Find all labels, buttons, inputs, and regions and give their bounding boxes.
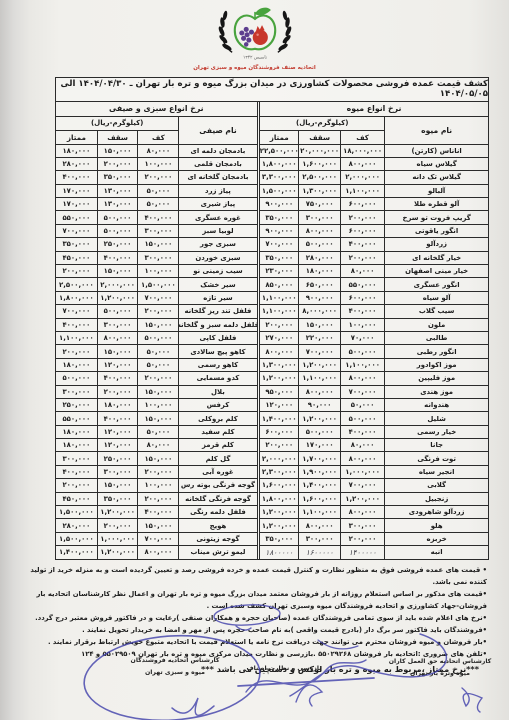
floor-price: ۶۰۰,۰۰۰ <box>340 197 384 210</box>
premium-price: ۹۰۰,۰۰۰ <box>260 224 298 237</box>
union-logo-icon: تاسیس ۱۳۴۲ <box>190 4 320 62</box>
item-name: انجیر سیاه <box>384 465 488 478</box>
item-name: گریپ فروت تو سرخ <box>384 210 488 223</box>
floor-price: ۱۸,۰۰۰,۰۰۰ <box>340 144 384 157</box>
note-line: •فروشندگان باید فاکتور سر برگ دار (بادرج… <box>18 624 487 636</box>
floor-price: ۱۵۰,۰۰۰ <box>137 518 178 531</box>
ceiling-price: ۱,۲۰۰,۰۰۰ <box>298 358 339 371</box>
premium-price: ۲,۳۰۰,۰۰۰ <box>260 465 298 478</box>
table-row: بادمجان دلمه ای ۸۰,۰۰۰ ۱۵۰,۰۰۰ ۱۸۰,۰۰۰ <box>56 144 257 157</box>
premium-price: ۱۸۰۰۰۰۰ <box>260 545 298 558</box>
table-row: کاهو پیچ سالادی ۵۰,۰۰۰ ۱۵۰,۰۰۰ ۲۰۰,۰۰۰ <box>56 344 257 357</box>
premium-price: ۱۸۰,۰۰۰ <box>56 438 97 451</box>
ceiling-price: ۱,۲۰۰,۰۰۰ <box>97 545 138 558</box>
premium-price: ۲۰۰,۰۰۰ <box>56 344 97 357</box>
ceiling-price: ۲,۵۰۰,۰۰۰ <box>298 170 339 183</box>
table-row: طالبی ۷۰,۰۰۰ ۲۲۰,۰۰۰ ۲۷۰,۰۰۰ <box>260 331 488 344</box>
table-row: زنجبیل ۱,۲۰۰,۰۰۰ ۱,۶۰۰,۰۰۰ ۱,۸۰۰,۰۰۰ <box>260 492 488 505</box>
item-name: کلم سفید <box>178 425 256 438</box>
floor-price: ۱,۱۰۰,۰۰۰ <box>340 358 384 371</box>
column-header-ceiling: سقف <box>298 130 339 144</box>
table-row: گل کلم ۱۵۰,۰۰۰ ۲۵۰,۰۰۰ ۳۰۰,۰۰۰ <box>56 451 257 464</box>
item-name: سیر خشک <box>178 277 256 290</box>
floor-price: ۸۰۰,۰۰۰ <box>340 157 384 170</box>
table-row: کرفس ۱۰۰,۰۰۰ ۱۸۰,۰۰۰ ۲۵۰,۰۰۰ <box>56 398 257 411</box>
table-row: انگور عسگری ۵۵۰,۰۰۰ ۶۵۰,۰۰۰ ۸۵۰,۰۰۰ <box>260 277 488 290</box>
premium-price: ۱,۵۰۰,۰۰۰ <box>260 184 298 197</box>
item-name: کاهو رسمی <box>178 358 256 371</box>
ceiling-price: ۱,۷۰۰,۰۰۰ <box>298 451 339 464</box>
premium-price: ۱۷۰,۰۰۰ <box>56 197 97 210</box>
ceiling-price: ۲۰۰,۰۰۰ <box>97 385 138 398</box>
column-header-premium: ممتاز <box>260 130 298 144</box>
ceiling-price: ۱۷۰,۰۰۰ <box>298 438 339 451</box>
fruit-unit-label: (کیلوگرم-ریال) <box>260 117 384 130</box>
ceiling-price: ۱۵۰,۰۰۰ <box>97 478 138 491</box>
item-name: موز هندی <box>384 385 488 398</box>
ceiling-price: ۷۰۰,۰۰۰ <box>298 344 339 357</box>
ceiling-price: ۲۵۰,۰۰۰ <box>97 451 138 464</box>
floor-price: ۸۰۰,۰۰۰ <box>340 451 384 464</box>
premium-price: ۱,۱۰۰,۰۰۰ <box>56 331 97 344</box>
ceiling-price: ۱,۶۰۰,۰۰۰ <box>298 157 339 170</box>
item-name: سیر تازه <box>178 291 256 304</box>
ceiling-price: ۱,۹۰۰,۰۰۰ <box>298 465 339 478</box>
table-row: سبزی جور ۱۵۰,۰۰۰ ۲۵۰,۰۰۰ ۳۵۰,۰۰۰ <box>56 237 257 250</box>
premium-price: ۱,۸۰۰,۰۰۰ <box>56 291 97 304</box>
table-row: آلو سیاه ۶۰۰,۰۰۰ ۹۰۰,۰۰۰ ۱,۱۰۰,۰۰۰ <box>260 291 488 304</box>
floor-price: ۷۰,۰۰۰ <box>340 331 384 344</box>
item-name: موز فلیپین <box>384 371 488 384</box>
item-name: گلابی <box>384 478 488 491</box>
floor-price: ۲۰۰,۰۰۰ <box>340 251 384 264</box>
item-name: گوجه فرنگی گلخانه <box>178 492 256 505</box>
premium-price: ۲,۵۰۰,۰۰۰ <box>56 277 97 290</box>
floor-price: ۸۰۰,۰۰۰ <box>340 371 384 384</box>
veg-table-header: نام صیفی (کیلوگرم-ریال) کف سقف ممتاز <box>56 117 257 144</box>
veg-section-title: نرخ انواع سبزی و صیفی <box>56 102 257 117</box>
table-row: لوبیا سبز ۳۰۰,۰۰۰ ۵۰۰,۰۰۰ ۷۰۰,۰۰۰ <box>56 224 257 237</box>
premium-price: ۵۰۰,۰۰۰ <box>56 371 97 384</box>
item-name: سبزی خوردن <box>178 251 256 264</box>
premium-price: ۱۸۰,۰۰۰ <box>56 425 97 438</box>
floor-price: ۱۰۰,۰۰۰ <box>137 478 178 491</box>
floor-price: ۱,۰۰۰,۰۰۰ <box>340 465 384 478</box>
table-row: فلفل دلمه سبز و گلخانه ۱۵۰,۰۰۰ ۳۰۰,۰۰۰ ۴… <box>56 318 257 331</box>
floor-price: ۵۰۰,۰۰۰ <box>340 344 384 357</box>
floor-price: ۲,۰۰۰,۰۰۰ <box>340 170 384 183</box>
table-row: گیلاس سیاه ۸۰۰,۰۰۰ ۱,۶۰۰,۰۰۰ ۱,۸۰۰,۰۰۰ <box>260 157 488 170</box>
item-name: هندوانه <box>384 398 488 411</box>
fruit-table-header: نام میوه (کیلوگرم-ریال) کف سقف ممتاز <box>260 117 488 144</box>
floor-price: ۲۰۰,۰۰۰ <box>137 492 178 505</box>
item-name: هلو <box>384 518 488 531</box>
premium-price: ۳۰۰,۰۰۰ <box>56 385 97 398</box>
ceiling-price: ۵۰۰,۰۰۰ <box>97 304 138 317</box>
table-row: هویج ۱۵۰,۰۰۰ ۲۰۰,۰۰۰ ۲۸۰,۰۰۰ <box>56 518 257 531</box>
notes-list: • قیمت های عمده فروشی فوق به منظور نظارت… <box>18 564 487 661</box>
ceiling-price: ۸۰۰,۰۰۰ <box>97 331 138 344</box>
item-name: خیار گلخانه ای <box>384 251 488 264</box>
premium-price: ۱,۲۰۰,۰۰۰ <box>260 371 298 384</box>
note-line: •قیمت های مذکور بر اساس استعلام روزانه ا… <box>18 588 487 612</box>
table-row: توت فرنگی ۸۰۰,۰۰۰ ۱,۷۰۰,۰۰۰ ۲,۰۰۰,۰۰۰ <box>260 451 488 464</box>
floor-price: ۸۰,۰۰۰ <box>340 438 384 451</box>
table-row: سبزی خوردن ۳۰۰,۰۰۰ ۴۰۰,۰۰۰ ۴۵۰,۰۰۰ <box>56 251 257 264</box>
item-name: فلفل دلمه رنگی <box>178 505 256 518</box>
item-name: آلبالو <box>384 184 488 197</box>
ceiling-price: ۷۵۰,۰۰۰ <box>298 197 339 210</box>
table-row: خیار گلخانه ای ۲۰۰,۰۰۰ ۲۸۰,۰۰۰ ۳۵۰,۰۰۰ <box>260 251 488 264</box>
signature-left-label: کارشناس اتحادیه فروشندگان میوه و سبزی ته… <box>110 655 240 679</box>
premium-price: ۲۰۰,۰۰۰ <box>260 318 298 331</box>
floor-price: ۱۰۰,۰۰۰ <box>340 318 384 331</box>
premium-price: ۱,۳۰۰,۰۰۰ <box>260 358 298 371</box>
floor-price: ۸۰,۰۰۰ <box>137 144 178 157</box>
floor-price: ۵۰,۰۰۰ <box>137 184 178 197</box>
ceiling-price: ۴۰۰,۰۰۰ <box>97 371 138 384</box>
item-name: انبه <box>384 545 488 558</box>
premium-price: ۲۰۰,۰۰۰ <box>56 478 97 491</box>
table-row: پیاز زرد ۵۰,۰۰۰ ۱۳۰,۰۰۰ ۱۷۰,۰۰۰ <box>56 184 257 197</box>
table-row: گریپ فروت تو سرخ ۲۰۰,۰۰۰ ۳۰۰,۰۰۰ ۳۵۰,۰۰۰ <box>260 210 488 223</box>
floor-price: ۸۰,۰۰۰ <box>340 264 384 277</box>
premium-price: ۱,۲۰۰,۰۰۰ <box>260 505 298 518</box>
table-row: بلال ۱۵۰,۰۰۰ ۲۰۰,۰۰۰ ۳۰۰,۰۰۰ <box>56 385 257 398</box>
table-row: اناناس (کارتن) ۱۸,۰۰۰,۰۰۰ ۲۰,۰۰۰,۰۰۰ ۲۲,… <box>260 144 488 157</box>
floor-price: ۷۰۰,۰۰۰ <box>340 385 384 398</box>
premium-price: ۱,۵۰۰,۰۰۰ <box>56 532 97 545</box>
logo-established-year: تاسیس ۱۳۴۲ <box>243 55 268 60</box>
floor-price: ۶۰۰,۰۰۰ <box>340 224 384 237</box>
ceiling-price: ۸,۰۰۰,۰۰۰ <box>298 304 339 317</box>
premium-price: ۱,۸۰۰,۰۰۰ <box>260 492 298 505</box>
premium-price: ۶۰۰,۰۰۰ <box>260 425 298 438</box>
table-row: بادمجان قلمی ۱۰۰,۰۰۰ ۲۰۰,۰۰۰ ۲۸۰,۰۰۰ <box>56 157 257 170</box>
column-header-premium: ممتاز <box>56 130 97 144</box>
table-row: کدو مسمایی ۲۰۰,۰۰۰ ۴۰۰,۰۰۰ ۵۰۰,۰۰۰ <box>56 371 257 384</box>
premium-price: ۳۵۰,۰۰۰ <box>260 532 298 545</box>
table-row: آلبالو ۱,۱۰۰,۰۰۰ ۱,۳۰۰,۰۰۰ ۱,۵۰۰,۰۰۰ <box>260 184 488 197</box>
table-row: لیمو ترش میناب ۸۰۰,۰۰۰ ۱,۲۰۰,۰۰۰ ۱,۴۰۰,۰… <box>56 545 257 558</box>
ceiling-price: ۱,۱۰۰,۰۰۰ <box>298 505 339 518</box>
floor-price: ۵۰۰,۰۰۰ <box>340 411 384 424</box>
ceiling-price: ۳۵۰,۰۰۰ <box>97 170 138 183</box>
floor-price: ۱۰۰,۰۰۰ <box>137 398 178 411</box>
premium-price: ۲۷۰,۰۰۰ <box>260 331 298 344</box>
ceiling-price: ۱۵۰,۰۰۰ <box>97 344 138 357</box>
premium-price: ۱۸۰,۰۰۰ <box>56 358 97 371</box>
table-row: گیلاس تک دانه ۲,۰۰۰,۰۰۰ ۲,۵۰۰,۰۰۰ ۳,۳۰۰,… <box>260 170 488 183</box>
premium-price: ۴۰۰,۰۰۰ <box>56 318 97 331</box>
table-row: زردآلو شاهرودی ۸۰۰,۰۰۰ ۱,۱۰۰,۰۰۰ ۱,۲۰۰,۰… <box>260 505 488 518</box>
item-name: انگور عسگری <box>384 277 488 290</box>
ceiling-price: ۸۰۰,۰۰۰ <box>298 518 339 531</box>
ceiling-price: ۱۸۰,۰۰۰ <box>97 398 138 411</box>
ceiling-price: ۱,۲۰۰,۰۰۰ <box>298 411 339 424</box>
note-line: •نرخ های اعلام شده باید از سوی تمامی فرو… <box>18 612 487 624</box>
item-name: فلفل دلمه سبز و گلخانه <box>178 318 256 331</box>
premium-price: ۸۰۰,۰۰۰ <box>260 344 298 357</box>
item-name: زردآلو <box>384 237 488 250</box>
item-name: پیاز شیری <box>178 197 256 210</box>
premium-price: ۱,۴۰۰,۰۰۰ <box>260 411 298 424</box>
table-row: کلم سفید ۵۰,۰۰۰ ۱۲۰,۰۰۰ ۱۸۰,۰۰۰ <box>56 425 257 438</box>
ceiling-price: ۱,۶۰۰,۰۰۰ <box>298 492 339 505</box>
premium-price: ۴۵۰,۰۰۰ <box>56 492 97 505</box>
table-row: سیب زمینی نو ۱۰۰,۰۰۰ ۱۵۰,۰۰۰ ۲۰۰,۰۰۰ <box>56 264 257 277</box>
ceiling-price: ۱۵۰,۰۰۰ <box>97 264 138 277</box>
floor-price: ۱۵۰,۰۰۰ <box>137 385 178 398</box>
ceiling-price: ۲۰۰,۰۰۰ <box>97 157 138 170</box>
ceiling-price: ۵۰۰,۰۰۰ <box>298 425 339 438</box>
floor-price: ۲۰۰,۰۰۰ <box>137 371 178 384</box>
floor-price: ۳۰۰,۰۰۰ <box>137 251 178 264</box>
floor-price: ۱,۲۰۰,۰۰۰ <box>340 492 384 505</box>
item-name: غوره عسگری <box>178 210 256 223</box>
table-row: خیار مینی اصفهان ۸۰,۰۰۰ ۱۸۰,۰۰۰ ۲۳۰,۰۰۰ <box>260 264 488 277</box>
table-row: گلابی ۷۰۰,۰۰۰ ۱,۴۰۰,۰۰۰ ۱,۶۰۰,۰۰۰ <box>260 478 488 491</box>
item-name: کاهو پیچ سالادی <box>178 344 256 357</box>
item-name: کلم بروکلی <box>178 411 256 424</box>
table-row: کلم قرمز ۸۰,۰۰۰ ۱۲۰,۰۰۰ ۱۸۰,۰۰۰ <box>56 438 257 451</box>
floor-price: ۸۰۰,۰۰۰ <box>340 505 384 518</box>
premium-price: ۱۸۰,۰۰۰ <box>56 144 97 157</box>
premium-price: ۲۵۰,۰۰۰ <box>56 398 97 411</box>
floor-price: ۱۵۰,۰۰۰ <box>137 451 178 464</box>
floor-price: ۵۰,۰۰۰ <box>137 344 178 357</box>
premium-price: ۲۲,۵۰۰,۰۰۰ <box>260 144 298 157</box>
premium-price: ۲۰۰,۰۰۰ <box>260 438 298 451</box>
ceiling-price: ۳۰۰,۰۰۰ <box>97 318 138 331</box>
grapes-icon <box>239 27 254 47</box>
fruit-section-title: نرخ انواع میوه <box>260 102 488 117</box>
ceiling-price: ۱۲۰,۰۰۰ <box>97 358 138 371</box>
premium-price: ۴۵۰,۰۰۰ <box>56 251 97 264</box>
item-name: گل کلم <box>178 451 256 464</box>
table-row: آلو قطره طلا ۶۰۰,۰۰۰ ۷۵۰,۰۰۰ ۹۰۰,۰۰۰ <box>260 197 488 210</box>
floor-price: ۵۰۰,۰۰۰ <box>137 331 178 344</box>
premium-price: ۲۳۰,۰۰۰ <box>260 264 298 277</box>
ceiling-price: ۳۰۰,۰۰۰ <box>97 465 138 478</box>
fruit-table-body: اناناس (کارتن) ۱۸,۰۰۰,۰۰۰ ۲۰,۰۰۰,۰۰۰ ۲۲,… <box>260 144 488 559</box>
ceiling-price: ۸۰۰,۰۰۰ <box>298 224 339 237</box>
table-row: فلفل تند ریز گلخانه ۲۰۰,۰۰۰ ۵۰۰,۰۰۰ ۷۰۰,… <box>56 304 257 317</box>
item-name: خربزه <box>384 532 488 545</box>
item-name: گیلاس سیاه <box>384 157 488 170</box>
table-row: غوره آبی ۲۰۰,۰۰۰ ۳۰۰,۰۰۰ ۴۰۰,۰۰۰ <box>56 465 257 478</box>
table-row: پیاز شیری ۵۰,۰۰۰ ۱۳۰,۰۰۰ ۱۷۰,۰۰۰ <box>56 197 257 210</box>
ceiling-price: ۱۵۰,۰۰۰ <box>97 144 138 157</box>
premium-price: ۸۵۰,۰۰۰ <box>260 277 298 290</box>
ceiling-price: ۱,۰۰۰,۰۰۰ <box>97 532 138 545</box>
ceiling-price: ۱۶۰۰۰۰۰ <box>298 545 339 558</box>
floor-price: ۴۰۰,۰۰۰ <box>137 210 178 223</box>
ceiling-price: ۲,۰۰۰,۰۰۰ <box>97 277 138 290</box>
ceiling-price: ۳۰۰,۰۰۰ <box>298 210 339 223</box>
item-name: غوره آبی <box>178 465 256 478</box>
premium-price: ۴۰۰,۰۰۰ <box>56 170 97 183</box>
floor-price: ۲۰۰,۰۰۰ <box>340 210 384 223</box>
floor-price: ۲۰۰,۰۰۰ <box>137 465 178 478</box>
item-name: پیاز زرد <box>178 184 256 197</box>
floor-price: ۴۰۰,۰۰۰ <box>340 304 384 317</box>
table-row: گوجه زیتونی ۷۰۰,۰۰۰ ۱,۰۰۰,۰۰۰ ۱,۵۰۰,۰۰۰ <box>56 532 257 545</box>
premium-price: ۱۲۰,۰۰۰ <box>260 398 298 411</box>
table-row: شلیل ۵۰۰,۰۰۰ ۱,۲۰۰,۰۰۰ ۱,۴۰۰,۰۰۰ <box>260 411 488 424</box>
item-name: توت فرنگی <box>384 451 488 464</box>
ceiling-price: ۲۰,۰۰۰,۰۰۰ <box>298 144 339 157</box>
premium-price: ۱,۵۰۰,۰۰۰ <box>56 505 97 518</box>
ceiling-price: ۵۰۰,۰۰۰ <box>97 210 138 223</box>
ceiling-price: ۱,۲۰۰,۰۰۰ <box>97 505 138 518</box>
floor-price: ۴۰۰,۰۰۰ <box>340 237 384 250</box>
premium-price: ۳۵۰,۰۰۰ <box>260 251 298 264</box>
floor-price: ۱,۵۰۰,۰۰۰ <box>137 277 178 290</box>
ceiling-price: ۱,۲۰۰,۰۰۰ <box>97 291 138 304</box>
item-name: سبزی جور <box>178 237 256 250</box>
item-name: بلال <box>178 385 256 398</box>
ceiling-price: ۱۸۰,۰۰۰ <box>298 264 339 277</box>
item-name: سیب زمینی نو <box>178 264 256 277</box>
floor-price: ۵۰,۰۰۰ <box>137 425 178 438</box>
floor-price: ۸۰,۰۰۰ <box>137 438 178 451</box>
premium-price: ۷۰۰,۰۰۰ <box>260 237 298 250</box>
item-name: هویج <box>178 518 256 531</box>
fruit-name-header: نام میوه <box>384 117 488 144</box>
document-title: کشف قیمت عمده فروشی محصولات کشاورزی در م… <box>55 77 489 102</box>
floor-price: ۳۰۰,۰۰۰ <box>340 518 384 531</box>
item-name: اناناس (کارتن) <box>384 144 488 157</box>
item-name: موز اکوادور <box>384 358 488 371</box>
item-name: کرفس <box>178 398 256 411</box>
table-row: سیر تازه ۷۰۰,۰۰۰ ۱,۲۰۰,۰۰۰ ۱,۸۰۰,۰۰۰ <box>56 291 257 304</box>
ceiling-price: ۱,۳۰۰,۰۰۰ <box>298 184 339 197</box>
premium-price: ۲۸۰,۰۰۰ <box>56 157 97 170</box>
item-name: بادمجان گلخانه ای <box>178 170 256 183</box>
floor-price: ۲۰۰,۰۰۰ <box>137 170 178 183</box>
ceiling-price: ۳۰۰,۰۰۰ <box>298 532 339 545</box>
note-line: •بار فروشان و میوه فروشان محترم می توانن… <box>18 636 487 648</box>
note-line: • قیمت های عمده فروشی فوق به منظور نظارت… <box>18 564 487 588</box>
ceiling-price: ۸۰۰,۰۰۰ <box>298 385 339 398</box>
floor-price: ۱۵۰,۰۰۰ <box>137 411 178 424</box>
premium-price: ۴۰۰,۰۰۰ <box>56 465 97 478</box>
item-name: انگور رطبی <box>384 344 488 357</box>
item-name: زنجبیل <box>384 492 488 505</box>
premium-price: ۷۰۰,۰۰۰ <box>56 304 97 317</box>
ceiling-price: ۹۰,۰۰۰ <box>298 398 339 411</box>
ceiling-price: ۶۵۰,۰۰۰ <box>298 277 339 290</box>
floor-price: ۵۰,۰۰۰ <box>137 197 178 210</box>
floor-price: ۱۰۰,۰۰۰ <box>137 157 178 170</box>
ceiling-price: ۴۰۰,۰۰۰ <box>97 251 138 264</box>
item-name: گیلاس تک دانه <box>384 170 488 183</box>
veg-table-body: بادمجان دلمه ای ۸۰,۰۰۰ ۱۵۰,۰۰۰ ۱۸۰,۰۰۰ ب… <box>56 144 257 559</box>
apple-icon <box>234 8 274 50</box>
document-page: تاسیس ۱۳۴۲ اتحادیه صنف فروشندگان میوه و … <box>0 0 509 720</box>
premium-price: ۳۵۰,۰۰۰ <box>56 237 97 250</box>
column-header-floor: کف <box>340 130 384 144</box>
item-name: طالبی <box>384 331 488 344</box>
premium-price: ۳۰۰,۰۰۰ <box>56 451 97 464</box>
item-name: فلفل تند ریز گلخانه <box>178 304 256 317</box>
column-header-floor: کف <box>137 130 178 144</box>
table-row: خربزه ۲۰۰,۰۰۰ ۳۰۰,۰۰۰ ۳۵۰,۰۰۰ <box>260 532 488 545</box>
premium-price: ۳۵۰,۰۰۰ <box>260 210 298 223</box>
table-row: موز فلیپین ۸۰۰,۰۰۰ ۱,۱۰۰,۰۰۰ ۱,۲۰۰,۰۰۰ <box>260 371 488 384</box>
column-header-ceiling: سقف <box>97 130 138 144</box>
floor-price: ۳۰۰,۰۰۰ <box>137 224 178 237</box>
floor-price: ۶۰۰,۰۰۰ <box>340 291 384 304</box>
pomegranate-icon <box>252 25 267 45</box>
table-row: کاهو رسمی ۵۰,۰۰۰ ۱۲۰,۰۰۰ ۱۸۰,۰۰۰ <box>56 358 257 371</box>
premium-price: ۳,۳۰۰,۰۰۰ <box>260 170 298 183</box>
item-name: لوبیا سبز <box>178 224 256 237</box>
item-name: فلفل کاپی <box>178 331 256 344</box>
veg-unit-label: (کیلوگرم-ریال) <box>56 117 178 130</box>
table-row: جانا ۸۰,۰۰۰ ۱۷۰,۰۰۰ ۲۰۰,۰۰۰ <box>260 438 488 451</box>
item-name: خیار مینی اصفهان <box>384 264 488 277</box>
floor-price: ۷۰۰,۰۰۰ <box>137 291 178 304</box>
item-name: کدو مسمایی <box>178 371 256 384</box>
table-row: زردآلو ۴۰۰,۰۰۰ ۵۰۰,۰۰۰ ۷۰۰,۰۰۰ <box>260 237 488 250</box>
ceiling-price: ۱,۴۰۰,۰۰۰ <box>298 478 339 491</box>
table-row: موز هندی ۷۰۰,۰۰۰ ۸۰۰,۰۰۰ ۹۵۰,۰۰۰ <box>260 385 488 398</box>
item-name: ملون <box>384 318 488 331</box>
premium-price: ۵۵۰,۰۰۰ <box>56 411 97 424</box>
item-name: انگور یاقوتی <box>384 224 488 237</box>
table-row: انگور یاقوتی ۶۰۰,۰۰۰ ۸۰۰,۰۰۰ ۹۰۰,۰۰۰ <box>260 224 488 237</box>
floor-price: ۴۰۰,۰۰۰ <box>137 505 178 518</box>
table-row: هندوانه ۵۰,۰۰۰ ۹۰,۰۰۰ ۱۲۰,۰۰۰ <box>260 398 488 411</box>
premium-price: ۱,۱۰۰,۰۰۰ <box>260 291 298 304</box>
table-row: گوجه فرنگی گلخانه ۲۰۰,۰۰۰ ۳۵۰,۰۰۰ ۴۵۰,۰۰… <box>56 492 257 505</box>
table-row: ملون ۱۰۰,۰۰۰ ۱۵۰,۰۰۰ ۲۰۰,۰۰۰ <box>260 318 488 331</box>
table-row: غوره عسگری ۴۰۰,۰۰۰ ۵۰۰,۰۰۰ ۵۵۰,۰۰۰ <box>56 210 257 223</box>
item-name: زردآلو شاهرودی <box>384 505 488 518</box>
table-row: هلو ۳۰۰,۰۰۰ ۸۰۰,۰۰۰ ۱,۲۰۰,۰۰۰ <box>260 518 488 531</box>
floor-price: ۲۰۰,۰۰۰ <box>340 532 384 545</box>
floor-price: ۲۰۰,۰۰۰ <box>137 304 178 317</box>
ceiling-price: ۱,۱۰۰,۰۰۰ <box>298 371 339 384</box>
item-name: خیار رسمی <box>384 425 488 438</box>
premium-price: ۲۰۰,۰۰۰ <box>56 264 97 277</box>
premium-price: ۱,۴۰۰,۰۰۰ <box>56 545 97 558</box>
premium-price: ۱,۱۰۰,۰۰۰ <box>260 304 298 317</box>
floor-price: ۵۰,۰۰۰ <box>137 358 178 371</box>
premium-price: ۲,۰۰۰,۰۰۰ <box>260 451 298 464</box>
item-name: شلیل <box>384 411 488 424</box>
logo-caption: اتحادیه صنف فروشندگان میوه و سبزی تهران <box>180 66 330 72</box>
ceiling-price: ۲۵۰,۰۰۰ <box>97 237 138 250</box>
table-row: فلفل کاپی ۵۰۰,۰۰۰ ۸۰۰,۰۰۰ ۱,۱۰۰,۰۰۰ <box>56 331 257 344</box>
item-name: گوجه زیتونی <box>178 532 256 545</box>
table-row: فلفل دلمه رنگی ۴۰۰,۰۰۰ ۱,۲۰۰,۰۰۰ ۱,۵۰۰,۰… <box>56 505 257 518</box>
floor-price: ۵۵۰,۰۰۰ <box>340 277 384 290</box>
price-tables: نرخ انواع میوه نام میوه (کیلوگرم-ریال) ک… <box>55 102 489 560</box>
item-name: جانا <box>384 438 488 451</box>
ceiling-price: ۱۵۰,۰۰۰ <box>298 318 339 331</box>
ceiling-price: ۵۰۰,۰۰۰ <box>97 224 138 237</box>
item-name: سیب گلاب <box>384 304 488 317</box>
table-row: انجیر سیاه ۱,۰۰۰,۰۰۰ ۱,۹۰۰,۰۰۰ ۲,۳۰۰,۰۰۰ <box>260 465 488 478</box>
ceiling-price: ۹۰۰,۰۰۰ <box>298 291 339 304</box>
floor-price: ۱۵۰,۰۰۰ <box>137 318 178 331</box>
premium-price: ۵۵۰,۰۰۰ <box>56 210 97 223</box>
item-name: بادمجان دلمه ای <box>178 144 256 157</box>
floor-price: ۷۰۰,۰۰۰ <box>137 532 178 545</box>
